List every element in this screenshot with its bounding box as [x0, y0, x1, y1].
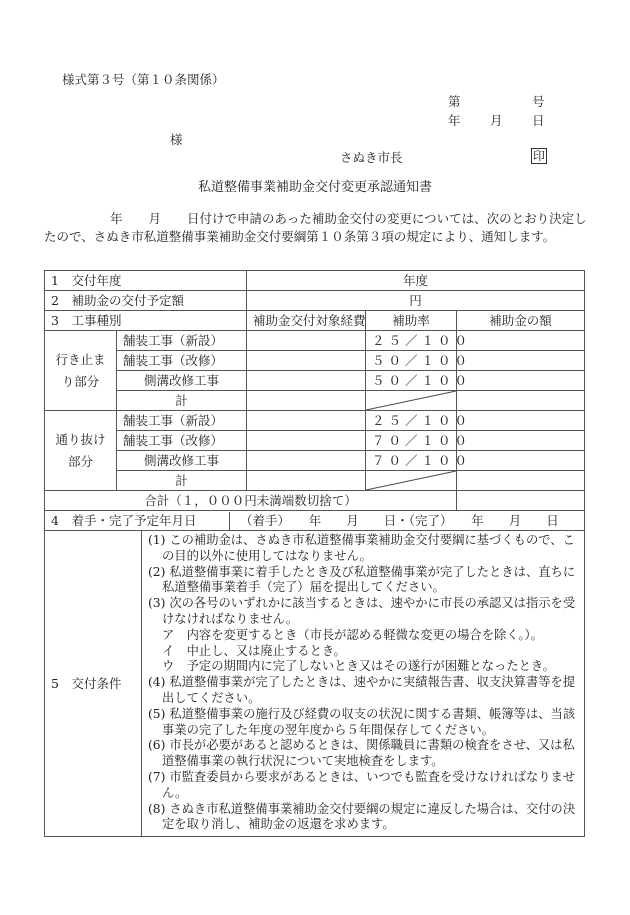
intro-text: 日付けで申請のあった補助金交付の変更については、次のとおり決定したので、さぬき市…	[44, 211, 587, 244]
total-row: 合計（１，０００円未満端数切捨て）	[45, 491, 585, 511]
category-dead-end-line2: り部分	[51, 371, 110, 393]
rate-cell: ５０／１００	[366, 371, 457, 391]
document-title: 私道整備事業補助金交付変更承認通知書	[0, 176, 630, 195]
rate-diagonal	[366, 471, 457, 491]
doc-number-suffix: 号	[532, 92, 545, 110]
condition-item: (8) さぬき市私道整備事業補助金交付要綱の規定に違反した場合は、交付の決定を取…	[148, 802, 578, 834]
date-year: 年	[448, 111, 461, 129]
sub-condition-item: ア 内容を変更するとき（市長が認める軽微な変更の場合を除く。）。	[148, 628, 578, 644]
condition-item: (4) 私道整備事業が完了したときは、速やかに実績報告書、収支決算書等を提出して…	[148, 675, 578, 707]
work-type: 舗装工事（新設）	[117, 411, 247, 431]
sub-condition-item: イ 中止し、又は廃止するとき。	[148, 644, 578, 660]
subtotal-label: 計	[117, 471, 247, 491]
diagonal-line-icon	[366, 471, 456, 490]
category-through-line2: 部分	[51, 451, 110, 473]
subtotal-amount	[457, 391, 585, 411]
category-through: 通り抜け 部分	[45, 411, 117, 491]
expense-cell	[247, 371, 366, 391]
conditions-label: 5 交付条件	[45, 531, 142, 836]
rate-cell: ２５／１００	[366, 411, 457, 431]
table-row: 行き止ま り部分 舗装工事（新設） ２５／１００	[45, 331, 585, 351]
condition-item: (5) 私道整備事業の施行及び経費の収支の状況に関する書類、帳簿等は、当該事業の…	[148, 707, 578, 739]
rate-diagonal	[366, 391, 457, 411]
row-fiscal-year: 1 交付年度 年度	[45, 271, 585, 291]
schedule-value: （着手） 年 月 日・（完了） 年 月 日	[230, 512, 569, 530]
condition-item: (3) 次の各号のいずれかに該当するときは、速やかに市長の承認又は指示を受けなけ…	[148, 596, 578, 628]
addressee-suffix: 様	[170, 130, 183, 148]
date-month: 月	[490, 111, 503, 129]
category-dead-end: 行き止ま り部分	[45, 331, 117, 411]
work-type: 舗装工事（改修）	[117, 431, 247, 451]
total-amount	[457, 491, 585, 511]
work-type: 舗装工事（新設）	[117, 331, 247, 351]
condition-item: (2) 私道整備事業に着手したとき及び私道整備事業が完了したときは、直ちに私道整…	[148, 565, 578, 597]
row-work-type-header: 3 工事種別 補助金交付対象経費 補助率 補助金の額	[45, 311, 585, 331]
scheduled-amount-label: 2 補助金の交付予定額	[45, 291, 247, 311]
scheduled-amount-value: 円	[247, 291, 585, 311]
work-type-label: 3 工事種別	[45, 311, 247, 331]
rate-cell: ５０／１００	[366, 351, 457, 371]
table-row: 舗装工事（改修） ７０／１００	[45, 431, 585, 451]
subtotal-amount	[457, 471, 585, 491]
work-type: 側溝改修工事	[117, 451, 247, 471]
header-rate: 補助率	[366, 311, 457, 331]
rate-cell: ２５／１００	[366, 331, 457, 351]
table-row: 側溝改修工事 ５０／１００	[45, 371, 585, 391]
amount-cell	[457, 371, 585, 391]
sub-condition-item: ウ 予定の期間内に完了しないとき又はその遂行が困難となったとき。	[148, 659, 578, 675]
expense-cell	[247, 351, 366, 371]
form-number: 様式第３号（第１０条関係）	[62, 70, 225, 88]
row-scheduled-amount: 2 補助金の交付予定額 円	[45, 291, 585, 311]
rate-cell: ７０／１００	[366, 451, 457, 471]
expense-cell	[247, 451, 366, 471]
amount-cell	[457, 331, 585, 351]
work-type: 側溝改修工事	[117, 371, 247, 391]
category-through-line1: 通り抜け	[51, 429, 110, 451]
total-label: 合計（１，０００円未満端数切捨て）	[45, 491, 457, 511]
subtotal-expense	[247, 471, 366, 491]
schedule-label: 4 着手・完了予定年月日	[45, 512, 230, 530]
rate-cell: ７０／１００	[366, 431, 457, 451]
seal-icon: 印	[531, 148, 547, 164]
row-schedule: 4 着手・完了予定年月日 （着手） 年 月 日・（完了） 年 月 日	[45, 511, 585, 531]
subtotal-row: 計	[45, 471, 585, 491]
seal-mark: 印	[531, 148, 547, 163]
conditions-list: (1) この補助金は、さぬき市私道整備事業補助金交付要綱に基づくもので、この目的…	[142, 531, 584, 836]
expense-cell	[247, 331, 366, 351]
expense-cell	[247, 411, 366, 431]
condition-item: (1) この補助金は、さぬき市私道整備事業補助金交付要綱に基づくもので、この目的…	[148, 533, 578, 565]
table-row: 通り抜け 部分 舗装工事（新設） ２５／１００	[45, 411, 585, 431]
table-row: 側溝改修工事 ７０／１００	[45, 451, 585, 471]
fiscal-year-label: 1 交付年度	[45, 271, 247, 291]
amount-cell	[457, 451, 585, 471]
category-dead-end-line1: 行き止ま	[51, 349, 110, 371]
table-row: 舗装工事（改修） ５０／１００	[45, 351, 585, 371]
doc-number-prefix: 第	[448, 92, 461, 110]
amount-cell	[457, 411, 585, 431]
intro-month: 月	[149, 211, 162, 226]
issuer-name: さぬき市長	[340, 148, 403, 166]
date-day: 日	[532, 111, 545, 129]
header-expense: 補助金交付対象経費	[247, 311, 366, 331]
header-amount: 補助金の額	[457, 311, 585, 331]
intro-year: 年	[110, 211, 123, 226]
work-type: 舗装工事（改修）	[117, 351, 247, 371]
subtotal-row: 計	[45, 391, 585, 411]
row-conditions: 5 交付条件 (1) この補助金は、さぬき市私道整備事業補助金交付要綱に基づくも…	[45, 531, 585, 837]
subtotal-expense	[247, 391, 366, 411]
expense-cell	[247, 431, 366, 451]
subtotal-label: 計	[117, 391, 247, 411]
fiscal-year-value: 年度	[247, 271, 585, 291]
diagonal-line-icon	[366, 391, 456, 410]
condition-item: (6) 市長が必要があると認めるときは、関係職員に書類の検査をさせ、又は私道整備…	[148, 738, 578, 770]
subsidy-table: 1 交付年度 年度 2 補助金の交付予定額 円 3 工事種別 補助金交付対象経費…	[44, 270, 585, 837]
condition-item: (7) 市監査委員から要求があるときは、いつでも監査を受けなければなりません。	[148, 770, 578, 802]
amount-cell	[457, 351, 585, 371]
amount-cell	[457, 431, 585, 451]
intro-paragraph: 年月日付けで申請のあった補助金交付の変更については、次のとおり決定したので、さぬ…	[44, 210, 590, 245]
